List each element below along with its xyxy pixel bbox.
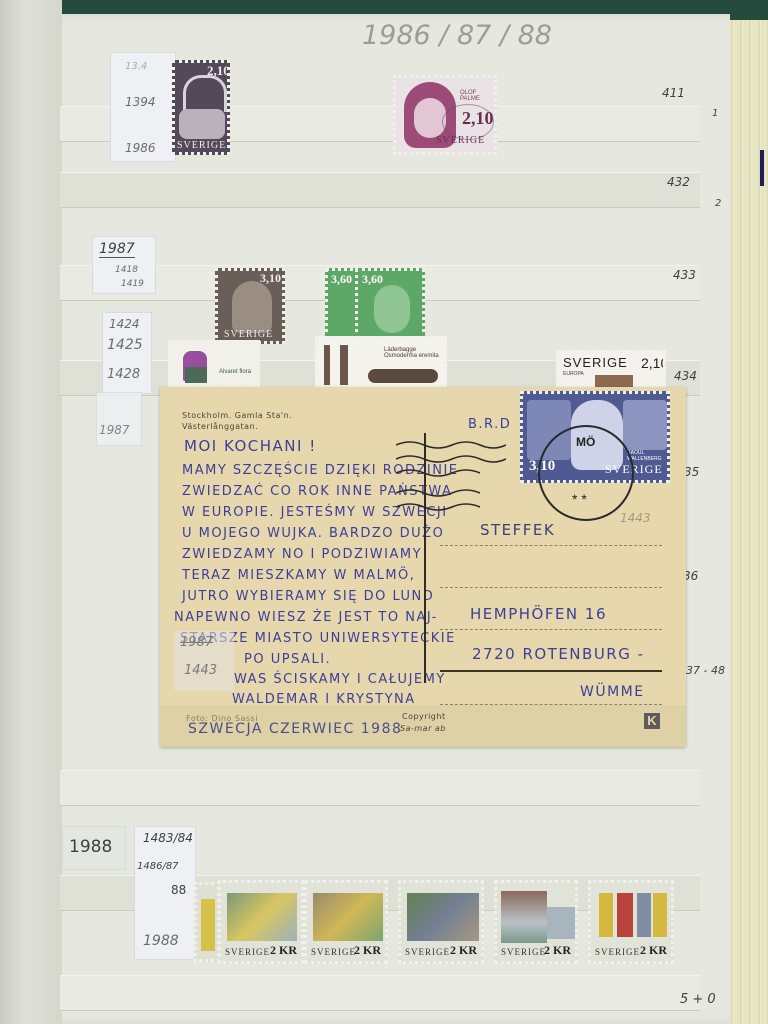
label-1986: 13.4 1394 1986 [110,52,176,162]
postmark-circle: MÖ * * [538,425,634,521]
label-text: 1425 [107,337,143,353]
stamp-flowers: Alvaret flora [168,340,260,388]
folk-motif [201,899,215,951]
stamp-olof-palme: OLOF PALME 2,10 SVERIGE [393,75,497,155]
children-motif [179,109,225,139]
edge-mark: 2 [715,198,721,209]
stock-strip [60,770,700,806]
stamp-king-portrait: 3,10 SVERIGE [215,268,285,344]
message-line: WAS ŚCISKAMY I CAŁUJEMY [234,672,446,687]
leaf-motif [185,367,207,383]
label-text: 1483/84 [143,831,193,845]
message-line: WALDEMAR I KRYSTYNA [232,692,416,707]
label-1987c: 1987 1443 [174,631,234,691]
stamp-value: 2 KR [640,943,667,958]
message-line: TERAZ MIESZKAMY W MALMÖ, [182,568,415,583]
copyright-label: Copyright [402,712,446,721]
message-greeting: MOI KOCHANI ! [184,437,317,455]
printed-caption: Västerlånggatan. [182,422,258,431]
stamp-country: SVERIGE [405,947,450,957]
message-line: PO UPSALI. [244,652,331,667]
signature-date: SZWECJA CZERWIEC 1988 [188,721,402,737]
label-text: 1394 [125,95,156,109]
stamp-country: SVERIGE [563,355,628,370]
folk-motif [227,893,297,941]
address-city-cont: WÜMME [580,684,645,700]
portrait-motif [232,281,272,333]
label-year: 1988 [69,837,112,857]
stamp-caption: Läderbagge Osmoderma eremita [384,347,447,359]
address-line [440,629,662,630]
crowd-motif [623,400,667,450]
house-motif [501,891,547,943]
dancer-motif [653,893,667,937]
label-text: 1986 [125,141,156,155]
pencil-number: 1443 [620,511,651,525]
label-text: 1988 [143,933,179,949]
row-number: 434 [674,369,697,383]
label-text: 1443 [184,663,217,678]
tree-motif [340,345,348,385]
stamp-folk-4: SVERIGE 2 KR [494,880,578,964]
label-text: 1987 [180,635,213,650]
address-city: 2720 ROTENBURG - [472,645,645,663]
stamp-album: 1986 / 87 / 88 411 432 433 434 35 36 37 … [0,0,768,1024]
stamp-value: 2 KR [544,943,571,958]
stamp-children-window: 2,10 SVERIGE [172,60,230,155]
stamp-folk-1: SVERIGE 2 KR [218,880,304,964]
dancer-motif [617,893,633,937]
postcard: Stockholm. Gamla Sta'n. Västerlånggatan.… [160,387,686,747]
label-text: 1486/87 [137,861,179,872]
row-number: 5 + 0 [680,992,716,1007]
lake-motif [547,907,575,939]
album-binding [0,0,62,1024]
message-line: JUTRO WYBIERAMY SIĘ DO LUND [182,589,434,604]
folk-motif [313,893,383,941]
stamp-beetle: Läderbagge Osmoderma eremita [315,336,447,388]
dancer-motif [637,893,651,937]
page-header-years: 1986 / 87 / 88 [362,20,552,51]
label-1988a: 1988 [62,826,126,870]
row-number: 433 [673,268,696,282]
stamp-folk-2: SVERIGE 2 KR [304,880,388,964]
publisher-logo-icon: K [644,713,660,729]
address-street: HEMPHÖFEN 16 [470,605,607,623]
postmark-stars: * * [572,491,587,507]
address-name: STEFFEK [480,521,555,539]
stamp-country: SVERIGE [311,947,356,957]
label-1987b: 1424 1425 1428 [102,312,152,394]
label-text: 1418 [115,265,138,275]
label-1987a: 1987 1418 1419 [92,236,156,294]
address-line [440,587,662,588]
label-text: 1987 [99,423,130,437]
stamp-value: 2 KR [354,943,381,958]
stamp-country: SVERIGE [225,947,270,957]
stamp-value: 2 KR [270,943,297,958]
dancer-motif [599,893,613,937]
label-1988b: 1483/84 1486/87 88 1988 [134,826,196,960]
label-1987b-foot: 1987 [96,392,142,446]
stamp-folk-fragment [194,882,220,962]
address-line [440,545,662,546]
stamp-country: SVERIGE [501,947,546,957]
stamp-value: 2,10 [207,63,230,79]
row-number: 432 [667,175,690,189]
stamp-value: 3,10 [260,271,281,286]
annotation-brd: B.R.D [468,417,511,432]
stamp-value: 3,60 [331,272,352,287]
window-motif [183,75,227,112]
stamp-country: SVERIGE [595,947,640,957]
label-text: 1424 [109,317,140,331]
row-number: 37 - 48 [686,664,726,677]
postmark-text: MÖ [576,435,595,449]
postmark [442,104,494,140]
label-text: 1419 [121,279,144,289]
folk-motif [407,893,479,941]
label-text: 13.4 [125,61,147,72]
stamp-caption: Alvaret flora [219,369,251,375]
portrait-motif [374,285,410,333]
label-text: 88 [171,883,186,897]
stamp-sub: EUROPA [563,371,584,377]
message-line: ZWIEDZAMY NO I PODZIWIAMY [182,547,422,562]
stamp-queen-portrait-b: 3,60 [355,268,425,340]
row-number: 411 [662,86,685,100]
stamp-europa: SVERIGE EUROPA 2,10 [556,350,666,390]
stamp-country: SVERIGE [224,329,273,340]
stamp-name: OLOF PALME [460,90,494,102]
label-year: 1987 [99,241,135,258]
stamp-folk-5: SVERIGE 2 KR [588,880,674,964]
page-tab-marker [760,150,764,186]
label-text: 1428 [107,367,140,382]
message-line: NAPEWNO WIESZ ŻE JEST TO NAJ- [174,610,438,625]
publisher: Sa-mar ab [400,724,446,733]
stamp-value: 2 KR [450,943,477,958]
address-line-bold [440,670,662,672]
stamp-value: 3,60 [362,272,383,287]
address-line [440,704,662,705]
face-motif [414,98,446,138]
stamp-value: 2,10 [641,355,666,371]
printed-caption: Stockholm. Gamla Sta'n. [182,411,292,420]
stock-strip [60,975,700,1011]
stamp-country: SVERIGE [177,140,226,151]
beetle-motif [368,369,438,383]
stamp-name: RAOUL WALLENBERG [627,450,670,462]
edge-mark: 1 [712,108,718,119]
stamp-folk-3: SVERIGE 2 KR [398,880,484,964]
row-number: 35 [684,465,699,479]
tree-motif [324,345,330,385]
stock-strip [60,172,700,208]
